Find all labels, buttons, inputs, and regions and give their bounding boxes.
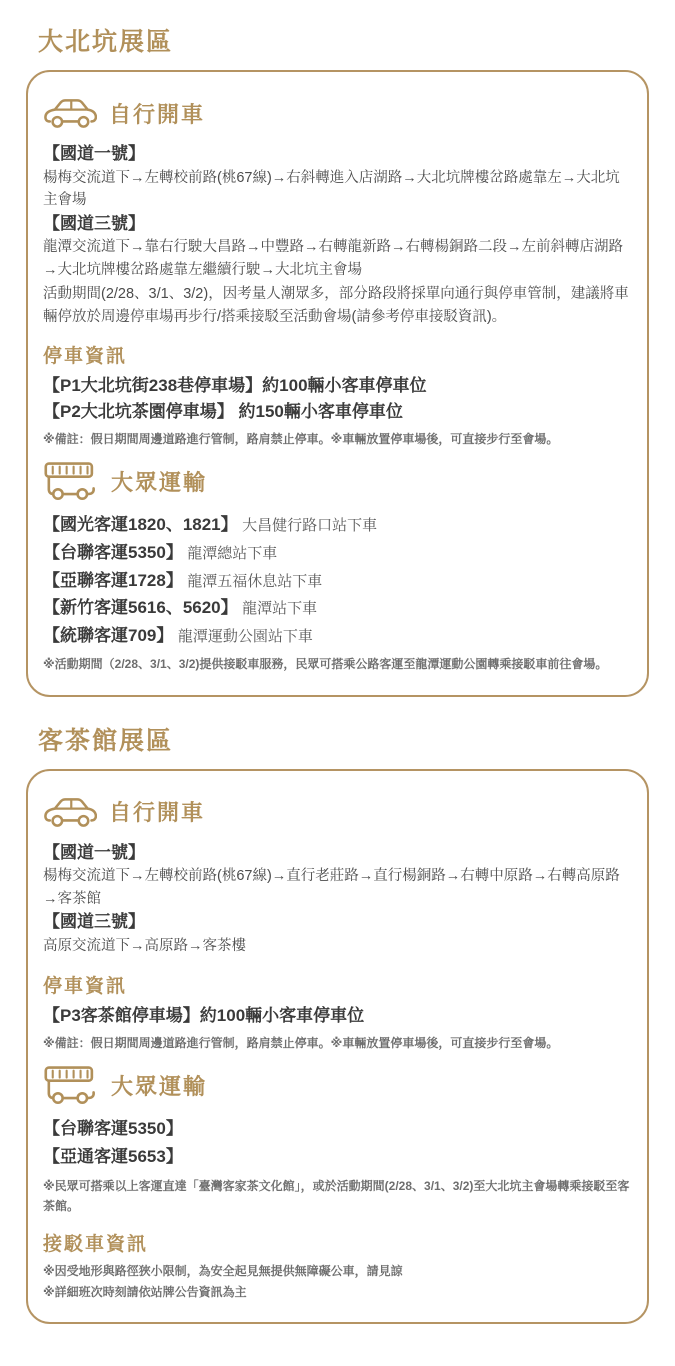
parking-heading: 停車資訊 — [43, 971, 632, 998]
transit-route: 【國光客運1820、1821】 — [43, 515, 238, 534]
transit-list: 【國光客運1820、1821】 大昌健行路口站下車 【台聯客運5350】 龍潭總… — [43, 511, 632, 649]
shuttle-heading: 接駁車資訊 — [43, 1229, 632, 1256]
transit-item: 【新竹客運5616、5620】 龍潭站下車 — [43, 594, 632, 622]
route-label: 【國道一號】 — [43, 142, 632, 167]
parking-note: ※備註：假日期間周邊道路進行管制，路肩禁止停車。※車輛放置停車場後，可直接步行至… — [43, 1033, 632, 1053]
route-text: 楊梅交流道下→左轉校前路(桃67線)→右斜轉進入店湖路→大北坑牌樓岔路處靠左→大… — [43, 167, 632, 212]
section-title-kechaguan: 客茶館展區 — [38, 721, 649, 757]
parking-note: ※備註：假日期間周邊道路進行管制，路肩禁止停車。※車輛放置停車場後，可直接步行至… — [43, 429, 632, 449]
transit-station: 大昌健行路口站下車 — [242, 517, 377, 534]
transit-station: 龍潭站下車 — [242, 600, 317, 617]
section-title-dabeikeng: 大北坑展區 — [38, 22, 649, 58]
transit-route: 【亞聯客運1728】 — [43, 571, 183, 590]
transit-route: 【台聯客運5350】 — [43, 1119, 183, 1138]
route-text: 高原交流道下→高原路→客茶樓 — [43, 935, 632, 957]
transit-note: ※民眾可搭乘以上客運直達「臺灣客家茶文化館」，或於活動期間(2/28、3/1、3… — [43, 1176, 632, 1217]
parking-item: 【P3客茶館停車場】約100輛小客車停車位 — [43, 1003, 632, 1029]
route-label: 【國道一號】 — [43, 841, 632, 866]
transit-route: 【台聯客運5350】 — [43, 543, 183, 562]
driving-heading: 自行開車 — [109, 98, 205, 129]
car-icon — [43, 94, 97, 132]
transit-route: 【亞通客運5653】 — [43, 1147, 183, 1166]
transit-station: 龍潭總站下車 — [187, 545, 277, 562]
route-label: 【國道三號】 — [43, 910, 632, 935]
transit-note: ※活動期間（2/28、3/1、3/2)提供接駁車服務，民眾可搭乘公路客運至龍潭運… — [43, 654, 632, 674]
transit-route: 【統聯客運709】 — [43, 626, 173, 645]
transit-list: 【台聯客運5350】 【亞通客運5653】 — [43, 1115, 632, 1170]
route-text: 龍潭交流道下→靠右行駛大昌路→中豐路→右轉龍新路→右轉楊銅路二段→左前斜轉店湖路… — [43, 236, 632, 281]
transit-item: 【國光客運1820、1821】 大昌健行路口站下車 — [43, 511, 632, 539]
route-label: 【國道三號】 — [43, 212, 632, 237]
transit-item: 【亞通客運5653】 — [43, 1143, 632, 1171]
transit-heading-row: 大眾運輸 — [43, 1065, 632, 1105]
transit-heading: 大眾運輸 — [111, 466, 207, 497]
driving-activity-note: 活動期間(2/28、3/1、3/2)，因考量人潮眾多，部分路段將採單向通行與停車… — [43, 283, 632, 328]
info-card-dabeikeng: 自行開車 【國道一號】 楊梅交流道下→左轉校前路(桃67線)→右斜轉進入店湖路→… — [26, 70, 649, 697]
driving-heading: 自行開車 — [109, 796, 205, 827]
parking-item: 【P1大北坑街238巷停車場】約100輛小客車停車位 — [43, 373, 632, 399]
transit-station: 龍潭五福休息站下車 — [187, 573, 322, 590]
transit-item: 【亞聯客運1728】 龍潭五福休息站下車 — [43, 567, 632, 595]
transit-item: 【統聯客運709】 龍潭運動公園站下車 — [43, 622, 632, 650]
car-icon — [43, 793, 97, 831]
shuttle-note: ※因受地形與路徑狹小限制，為安全起見無提供無障礙公車，請見諒 — [43, 1261, 632, 1281]
parking-item: 【P2大北坑茶園停車場】 約150輛小客車停車位 — [43, 399, 632, 425]
transit-heading: 大眾運輸 — [111, 1070, 207, 1101]
bus-icon — [43, 461, 99, 501]
parking-heading: 停車資訊 — [43, 341, 632, 368]
transit-route: 【新竹客運5616、5620】 — [43, 598, 238, 617]
transit-heading-row: 大眾運輸 — [43, 461, 632, 501]
shuttle-note: ※詳細班次時刻請依站牌公告資訊為主 — [43, 1282, 632, 1302]
bus-icon — [43, 1065, 99, 1105]
page: 大北坑展區 自行開車 【國道一號】 楊梅交流道下→左轉校前路(桃67線)→右斜轉… — [0, 0, 675, 1366]
transit-station: 龍潭運動公園站下車 — [178, 628, 313, 645]
driving-heading-row: 自行開車 — [43, 94, 632, 132]
info-card-kechaguan: 自行開車 【國道一號】 楊梅交流道下→左轉校前路(桃67線)→直行老莊路→直行楊… — [26, 769, 649, 1324]
driving-heading-row: 自行開車 — [43, 793, 632, 831]
transit-item: 【台聯客運5350】 龍潭總站下車 — [43, 539, 632, 567]
transit-item: 【台聯客運5350】 — [43, 1115, 632, 1143]
route-text: 楊梅交流道下→左轉校前路(桃67線)→直行老莊路→直行楊銅路→右轉中原路→右轉高… — [43, 865, 632, 910]
